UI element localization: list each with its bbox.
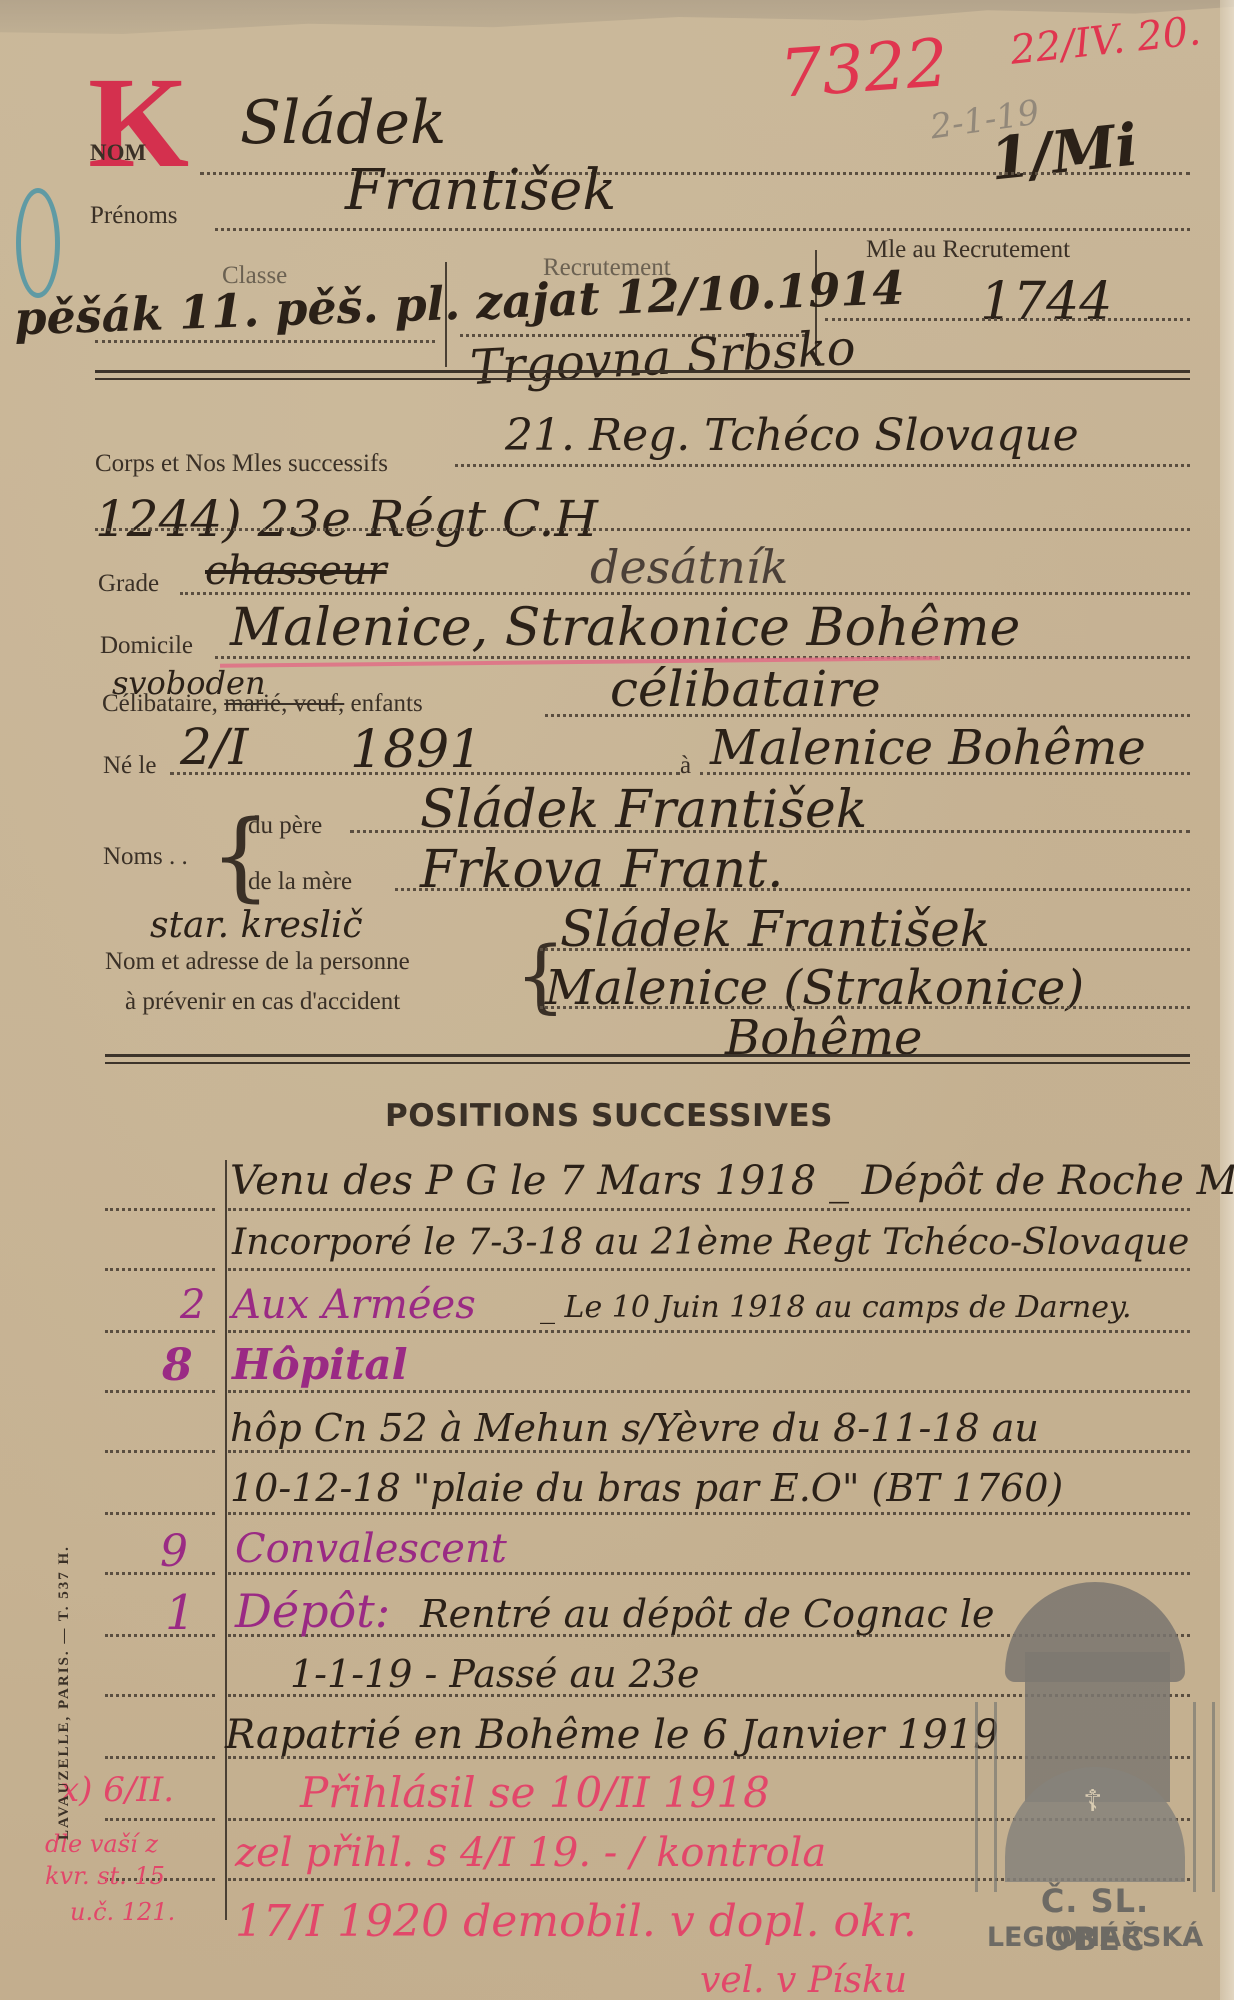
registration-number: 7322 <box>778 24 951 113</box>
position-row: Incorporé le 7-3-18 au 21ème Regt Tchéco… <box>232 1222 1189 1263</box>
section-divider-top <box>105 1054 1190 1057</box>
matricule-line <box>825 318 1190 321</box>
position-row: Dépôt: <box>235 1584 390 1638</box>
position-row: vel. v Písku <box>700 1960 907 2000</box>
field-corps-line2: 1244) 23e Régt C.H <box>95 490 598 548</box>
grade-line <box>180 592 1190 595</box>
position-row: Přihlásil se 10/II 1918 <box>300 1768 770 1817</box>
position-row: 1-1-19 - Passé au 23e <box>290 1652 700 1696</box>
contact-address-line <box>540 1006 1190 1009</box>
row-rule <box>228 1268 1190 1271</box>
field-prenoms: František <box>345 158 616 223</box>
row-rule <box>228 1450 1190 1453</box>
header-divider-bottom <box>95 378 1190 380</box>
label-contact-line1: Nom et adresse de la personne <box>105 948 410 976</box>
legionnaire-record-card: K 7322 22/IV. 20. 2-1-19 1/Mi NOM Sládek… <box>0 0 1234 2000</box>
label-ne-le: Né le <box>103 752 156 780</box>
pillar-left-icon <box>975 1702 997 1892</box>
margin-rule <box>105 1634 215 1637</box>
printer-imprint: LAVAUZELLE, PARIS. — T. 537 H. <box>56 1545 73 1840</box>
field-contact-region: Bohême <box>725 1010 922 1066</box>
field-etat-civil: célibataire <box>610 660 881 718</box>
registration-date: 22/IV. 20. <box>1008 8 1203 74</box>
position-margin-number: 9 <box>160 1526 188 1577</box>
margin-rule <box>105 1208 215 1211</box>
field-recrutement-place: Trgovna Srbsko <box>469 320 857 396</box>
position-row-suffix: Rentré au dépôt de Cognac le <box>420 1592 994 1636</box>
row-rule <box>228 1512 1190 1515</box>
section-divider-bottom <box>105 1062 1190 1064</box>
row-rule <box>228 1390 1190 1393</box>
label-corps: Corps et Nos Mles successifs <box>95 450 388 478</box>
archive-note: 1/Mi <box>987 110 1141 193</box>
position-margin-note: kvr. st. 15 <box>45 1862 165 1890</box>
classe-line <box>95 340 435 343</box>
position-row: Hôpital <box>232 1340 408 1389</box>
card-right-edge <box>1220 0 1234 2000</box>
position-row: 10-12-18 "plaie du bras par E.O" (BT 176… <box>230 1466 1063 1510</box>
label-grade: Grade <box>98 570 159 598</box>
ne-le-line <box>170 772 680 775</box>
position-row: Aux Armées <box>232 1282 476 1328</box>
father-line <box>350 830 1190 833</box>
position-row: Venu des P G le 7 Mars 1918 _ Dépôt de R… <box>230 1158 1234 1204</box>
label-marie-veuf-struck: marié, veuf, <box>224 690 344 717</box>
position-margin-note: u.č. 121. <box>70 1898 175 1926</box>
position-margin-number: 2 <box>180 1282 205 1328</box>
label-de-la-mere: de la mère <box>248 868 352 896</box>
position-row-suffix: _ Le 10 Juin 1918 au camps de Darney. <box>540 1290 1132 1325</box>
field-domicile: Malenice, Strakonice Bohême <box>230 598 1020 658</box>
label-contact-line2: à prévenir en cas d'accident <box>125 988 400 1016</box>
label-du-pere: du père <box>248 812 322 840</box>
etat-civil-line <box>545 714 1190 717</box>
position-row: 17/I 1920 demobil. v dopl. okr. <box>235 1896 917 1947</box>
watermark-line2: LEGIONÁŘSKÁ <box>983 1922 1207 1953</box>
field-birth-date: 2/I <box>180 718 248 776</box>
label-ne-a: à <box>680 752 691 780</box>
red-k-stamp: K <box>88 58 189 188</box>
label-nom: NOM <box>90 140 146 166</box>
position-row: Convalescent <box>235 1526 507 1572</box>
label-enfants: enfants <box>351 690 423 717</box>
position-row: Rapatrié en Bohême le 6 Janvier 1919 <box>225 1712 999 1758</box>
position-margin-number: 8 <box>162 1340 193 1391</box>
margin-rule <box>105 1450 215 1453</box>
position-margin-note: x) 6/II. <box>60 1770 174 1810</box>
label-prenoms: Prénoms <box>90 202 178 230</box>
position-margin-number: 1 <box>165 1585 196 1641</box>
field-birth-year: 1891 <box>350 720 482 780</box>
label-domicile: Domicile <box>100 632 193 660</box>
header-divider-top <box>95 370 1190 373</box>
mother-line <box>395 888 1190 891</box>
double-cross-icon: ☦ <box>1083 1787 1107 1819</box>
corps-line1 <box>455 464 1190 467</box>
field-grade: desátník <box>590 540 788 594</box>
margin-rule <box>105 1268 215 1271</box>
row-rule <box>228 1330 1190 1333</box>
ne-a-line <box>700 772 1190 775</box>
margin-rule <box>105 1818 215 1821</box>
margin-rule <box>105 1390 215 1393</box>
positions-margin-line <box>225 1160 227 1920</box>
legion-society-watermark: ☦ Č. SL. OBEC LEGIONÁŘSKÁ <box>975 1572 1215 1967</box>
label-celibataire: Célibataire, <box>102 690 218 717</box>
blue-circle-mark <box>16 188 60 298</box>
field-corps-line1: 21. Reg. Tchéco Slovaque <box>505 410 1079 461</box>
field-birth-place: Malenice Bohême <box>710 720 1146 776</box>
pillar-right-icon <box>1193 1702 1215 1892</box>
position-row: hôp Cn 52 à Mehun s/Yèvre du 8-11-18 au <box>230 1406 1039 1450</box>
margin-rule <box>105 1330 215 1333</box>
field-contact-note: star. kreslič <box>150 905 363 946</box>
field-mother: Frkova Frant. <box>420 840 784 900</box>
position-row: zel přihl. s 4/I 19. - / kontrola <box>235 1830 826 1876</box>
field-matricule: 1744 <box>980 272 1112 332</box>
positions-title: POSITIONS SUCCESSIVES <box>385 1098 833 1134</box>
prenoms-line <box>215 228 1190 231</box>
margin-rule <box>105 1694 215 1697</box>
contact-name-line <box>540 948 1190 951</box>
row-rule <box>228 1208 1190 1211</box>
label-etat-civil: Célibataire, marié, veuf, enfants <box>102 690 423 718</box>
margin-rule <box>105 1756 215 1759</box>
field-nom: Sládek <box>240 88 446 158</box>
corps-line2 <box>95 528 1190 531</box>
margin-rule <box>105 1512 215 1515</box>
label-noms: Noms . . <box>103 843 188 871</box>
field-grade-struck: chasseur <box>205 548 387 594</box>
